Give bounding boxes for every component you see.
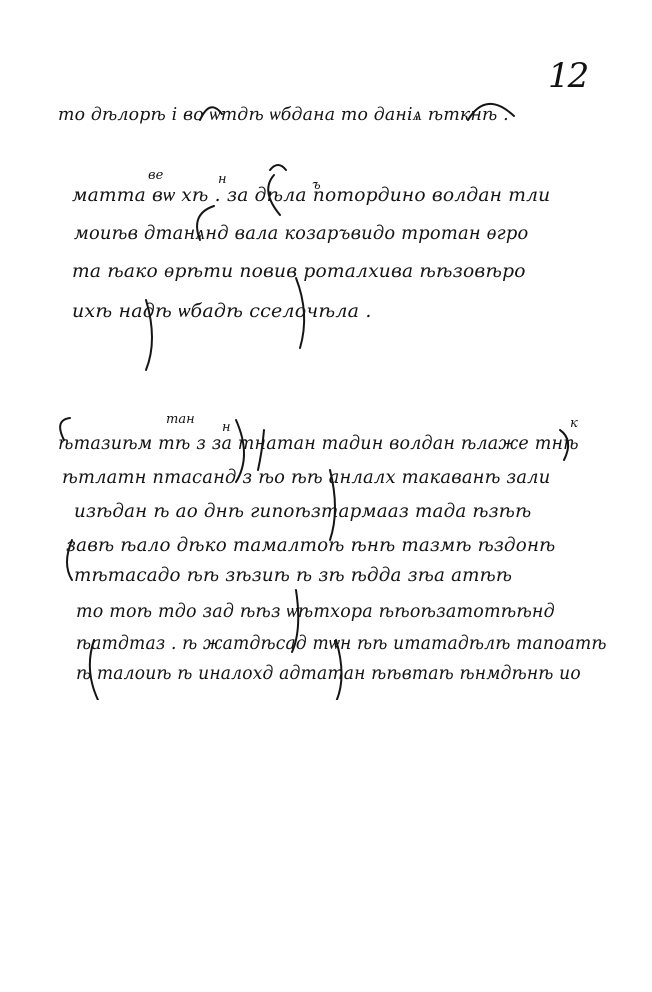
manuscript-page: 12 то дѣлорѣ і во ѡтдѣ ѡбдана то даніѧ ѣ… — [0, 0, 652, 992]
ink-flourishes — [0, 0, 652, 700]
